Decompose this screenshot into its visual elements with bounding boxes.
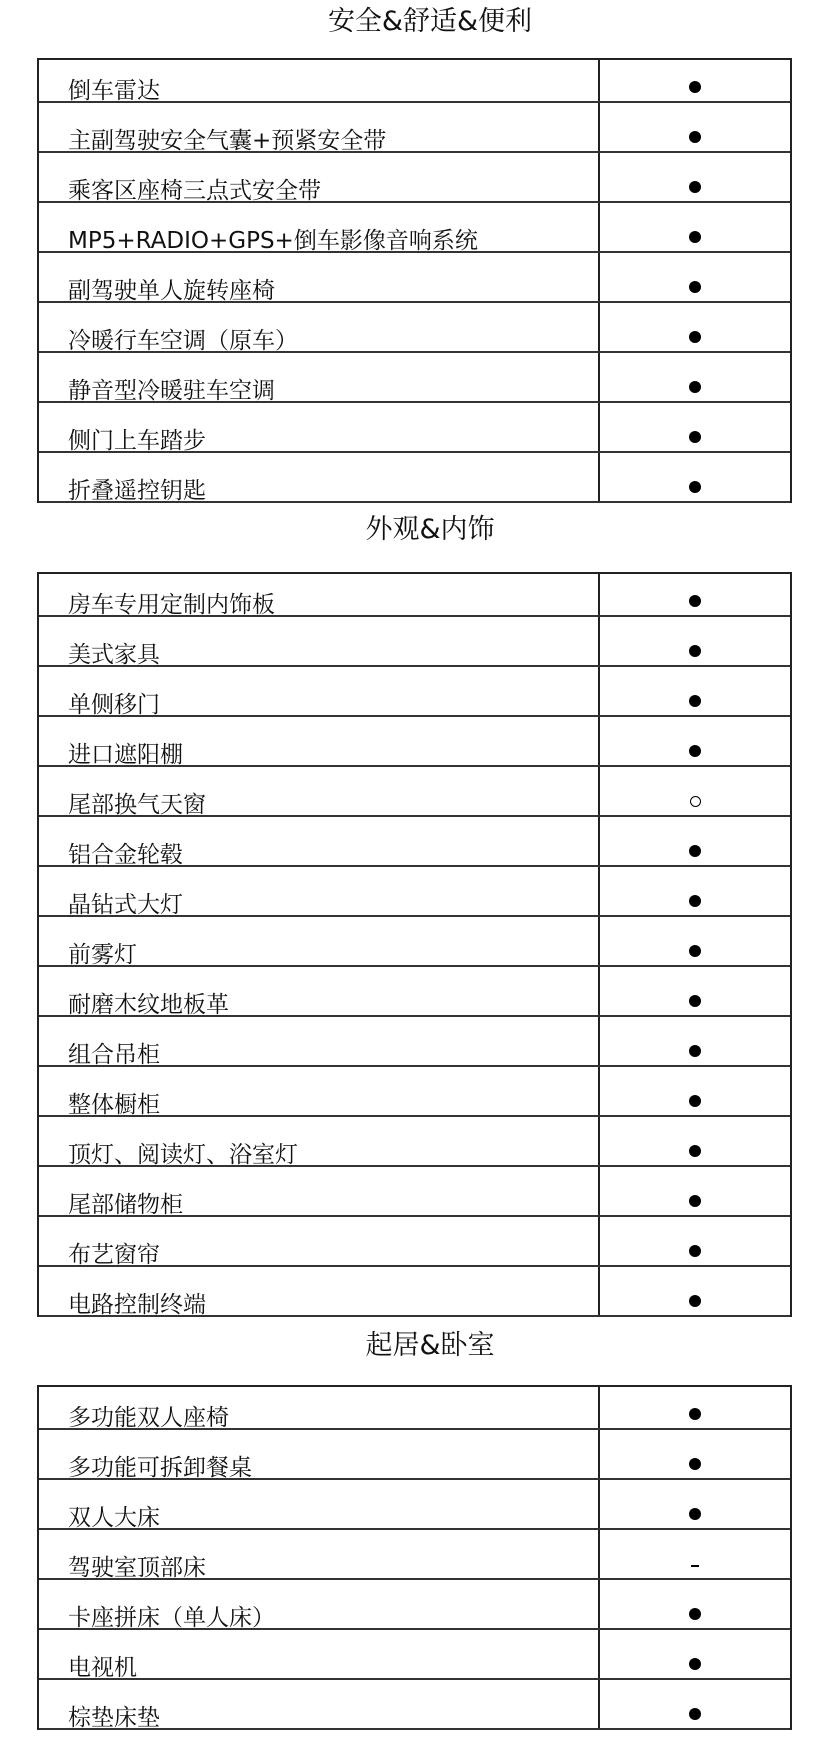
availability-cell	[598, 153, 790, 201]
availability-cell	[598, 60, 790, 101]
availability-cell	[598, 717, 790, 765]
filled-dot-icon	[688, 380, 702, 394]
availability-cell	[598, 1117, 790, 1165]
mark-glyph	[689, 1458, 701, 1470]
feature-label: 冷暖行车空调（原车）	[68, 328, 298, 354]
feature-label: 尾部换气天窗	[68, 792, 206, 818]
availability-cell	[598, 617, 790, 665]
table-row: 组合吊柜	[39, 1017, 790, 1067]
mark-glyph	[689, 181, 701, 193]
filled-dot-icon	[688, 1194, 702, 1208]
filled-dot-icon	[688, 994, 702, 1008]
dash-icon	[688, 1557, 702, 1571]
table-row: 冷暖行车空调（原车）	[39, 303, 790, 353]
feature-label: MP5+RADIO+GPS+倒车影像音响系统	[68, 228, 478, 254]
table-row: 尾部储物柜	[39, 1167, 790, 1217]
table-row: 多功能双人座椅	[39, 1387, 790, 1430]
feature-label: 倒车雷达	[68, 78, 160, 104]
mark-glyph	[689, 595, 701, 607]
availability-cell	[598, 1387, 790, 1428]
availability-cell	[598, 1217, 790, 1265]
filled-dot-icon	[688, 894, 702, 908]
availability-cell	[598, 1480, 790, 1528]
section-title: 安全&舒适&便利	[0, 6, 830, 38]
filled-dot-icon	[688, 944, 702, 958]
availability-cell	[598, 1167, 790, 1215]
availability-cell	[598, 667, 790, 715]
table-row: 静音型冷暖驻车空调	[39, 353, 790, 403]
availability-cell	[598, 1630, 790, 1678]
table-row: 顶灯、阅读灯、浴室灯	[39, 1117, 790, 1167]
availability-cell	[598, 967, 790, 1015]
feature-label: 铝合金轮毂	[68, 842, 183, 868]
filled-dot-icon	[688, 1607, 702, 1621]
feature-label: 电路控制终端	[68, 1292, 206, 1318]
filled-dot-icon	[688, 330, 702, 344]
table-row: 侧门上车踏步	[39, 403, 790, 453]
mark-glyph	[689, 745, 701, 757]
mark-glyph	[691, 1565, 699, 1567]
availability-cell	[598, 1680, 790, 1728]
table-row: 铝合金轮毂	[39, 817, 790, 867]
availability-cell	[598, 353, 790, 401]
feature-label: 尾部储物柜	[68, 1192, 183, 1218]
filled-dot-icon	[688, 230, 702, 244]
filled-dot-icon	[688, 1457, 702, 1471]
feature-label: 晶钻式大灯	[68, 892, 183, 918]
section-title: 外观&内饰	[0, 514, 830, 546]
mark-glyph	[689, 1708, 701, 1720]
filled-dot-icon	[688, 1507, 702, 1521]
filled-dot-icon	[688, 844, 702, 858]
table-row: 驾驶室顶部床	[39, 1530, 790, 1580]
mark-glyph	[689, 945, 701, 957]
table-row: 布艺窗帘	[39, 1217, 790, 1267]
table-row: 进口遮阳棚	[39, 717, 790, 767]
feature-label: 电视机	[68, 1655, 137, 1681]
filled-dot-icon	[688, 180, 702, 194]
mark-glyph	[689, 281, 701, 293]
availability-cell	[598, 203, 790, 251]
table-row: 棕垫床垫	[39, 1680, 790, 1730]
availability-cell	[598, 574, 790, 615]
mark-glyph	[689, 1508, 701, 1520]
table-row: 单侧移门	[39, 667, 790, 717]
mark-glyph	[689, 695, 701, 707]
availability-cell	[598, 1267, 790, 1315]
filled-dot-icon	[688, 1044, 702, 1058]
filled-dot-icon	[688, 1657, 702, 1671]
feature-label: 多功能双人座椅	[68, 1405, 229, 1431]
feature-label: 静音型冷暖驻车空调	[68, 378, 275, 404]
section-title: 起居&卧室	[0, 1330, 830, 1362]
table-row: 乘客区座椅三点式安全带	[39, 153, 790, 203]
table-row: 卡座拼床（单人床）	[39, 1580, 790, 1630]
feature-label: 驾驶室顶部床	[68, 1555, 206, 1581]
table-row: 倒车雷达	[39, 60, 790, 103]
availability-cell	[598, 403, 790, 451]
availability-cell	[598, 253, 790, 301]
spec-table: 多功能双人座椅多功能可拆卸餐桌双人大床驾驶室顶部床卡座拼床（单人床）电视机棕垫床…	[37, 1385, 792, 1730]
mark-glyph	[689, 1145, 701, 1157]
table-row: 电路控制终端	[39, 1267, 790, 1317]
filled-dot-icon	[688, 1144, 702, 1158]
availability-cell	[598, 767, 790, 815]
feature-label: 双人大床	[68, 1505, 160, 1531]
mark-glyph	[689, 131, 701, 143]
table-row: 电视机	[39, 1630, 790, 1680]
mark-glyph	[689, 431, 701, 443]
feature-label: 整体橱柜	[68, 1092, 160, 1118]
filled-dot-icon	[688, 280, 702, 294]
spec-table: 房车专用定制内饰板美式家具单侧移门进口遮阳棚尾部换气天窗铝合金轮毂晶钻式大灯前雾…	[37, 572, 792, 1317]
mark-glyph	[689, 1245, 701, 1257]
feature-label: 乘客区座椅三点式安全带	[68, 178, 321, 204]
filled-dot-icon	[688, 1294, 702, 1308]
table-row: 副驾驶单人旋转座椅	[39, 253, 790, 303]
filled-dot-icon	[688, 694, 702, 708]
mark-glyph	[689, 1295, 701, 1307]
feature-label: 进口遮阳棚	[68, 742, 183, 768]
filled-dot-icon	[688, 480, 702, 494]
feature-label: 房车专用定制内饰板	[68, 592, 275, 618]
mark-glyph	[689, 231, 701, 243]
mark-glyph	[689, 645, 701, 657]
filled-dot-icon	[688, 594, 702, 608]
feature-label: 组合吊柜	[68, 1042, 160, 1068]
filled-dot-icon	[688, 430, 702, 444]
mark-glyph	[690, 796, 701, 807]
mark-glyph	[689, 1608, 701, 1620]
filled-dot-icon	[688, 80, 702, 94]
filled-dot-icon	[688, 1707, 702, 1721]
feature-label: 布艺窗帘	[68, 1242, 160, 1268]
feature-label: 棕垫床垫	[68, 1705, 160, 1731]
mark-glyph	[689, 1045, 701, 1057]
availability-cell	[598, 817, 790, 865]
table-row: 主副驾驶安全气囊+预紧安全带	[39, 103, 790, 153]
mark-glyph	[689, 995, 701, 1007]
filled-dot-icon	[688, 744, 702, 758]
availability-cell	[598, 1580, 790, 1628]
filled-dot-icon	[688, 1244, 702, 1258]
availability-cell	[598, 1017, 790, 1065]
mark-glyph	[689, 1408, 701, 1420]
feature-label: 侧门上车踏步	[68, 428, 206, 454]
table-row: 多功能可拆卸餐桌	[39, 1430, 790, 1480]
availability-cell	[598, 1067, 790, 1115]
filled-dot-icon	[688, 1094, 702, 1108]
hollow-circle-icon	[688, 794, 702, 808]
feature-label: 卡座拼床（单人床）	[68, 1605, 275, 1631]
mark-glyph	[689, 381, 701, 393]
filled-dot-icon	[688, 644, 702, 658]
mark-glyph	[689, 331, 701, 343]
mark-glyph	[689, 1095, 701, 1107]
availability-cell	[598, 1530, 790, 1578]
mark-glyph	[689, 845, 701, 857]
feature-label: 顶灯、阅读灯、浴室灯	[68, 1142, 298, 1168]
table-row: 耐磨木纹地板革	[39, 967, 790, 1017]
feature-label: 单侧移门	[68, 692, 160, 718]
feature-label: 耐磨木纹地板革	[68, 992, 229, 1018]
availability-cell	[598, 453, 790, 501]
filled-dot-icon	[688, 130, 702, 144]
availability-cell	[598, 867, 790, 915]
table-row: 晶钻式大灯	[39, 867, 790, 917]
feature-label: 美式家具	[68, 642, 160, 668]
table-row: MP5+RADIO+GPS+倒车影像音响系统	[39, 203, 790, 253]
mark-glyph	[689, 895, 701, 907]
mark-glyph	[689, 1658, 701, 1670]
filled-dot-icon	[688, 1407, 702, 1421]
feature-label: 前雾灯	[68, 942, 137, 968]
availability-cell	[598, 1430, 790, 1478]
table-row: 折叠遥控钥匙	[39, 453, 790, 503]
feature-label: 折叠遥控钥匙	[68, 478, 206, 504]
feature-label: 副驾驶单人旋转座椅	[68, 278, 275, 304]
feature-label: 主副驾驶安全气囊+预紧安全带	[68, 128, 386, 154]
table-row: 房车专用定制内饰板	[39, 574, 790, 617]
availability-cell	[598, 917, 790, 965]
spec-table: 倒车雷达主副驾驶安全气囊+预紧安全带乘客区座椅三点式安全带MP5+RADIO+G…	[37, 58, 792, 503]
mark-glyph	[689, 481, 701, 493]
mark-glyph	[689, 81, 701, 93]
table-row: 尾部换气天窗	[39, 767, 790, 817]
mark-glyph	[689, 1195, 701, 1207]
table-row: 整体橱柜	[39, 1067, 790, 1117]
table-row: 双人大床	[39, 1480, 790, 1530]
table-row: 美式家具	[39, 617, 790, 667]
availability-cell	[598, 303, 790, 351]
feature-label: 多功能可拆卸餐桌	[68, 1455, 252, 1481]
availability-cell	[598, 103, 790, 151]
table-row: 前雾灯	[39, 917, 790, 967]
